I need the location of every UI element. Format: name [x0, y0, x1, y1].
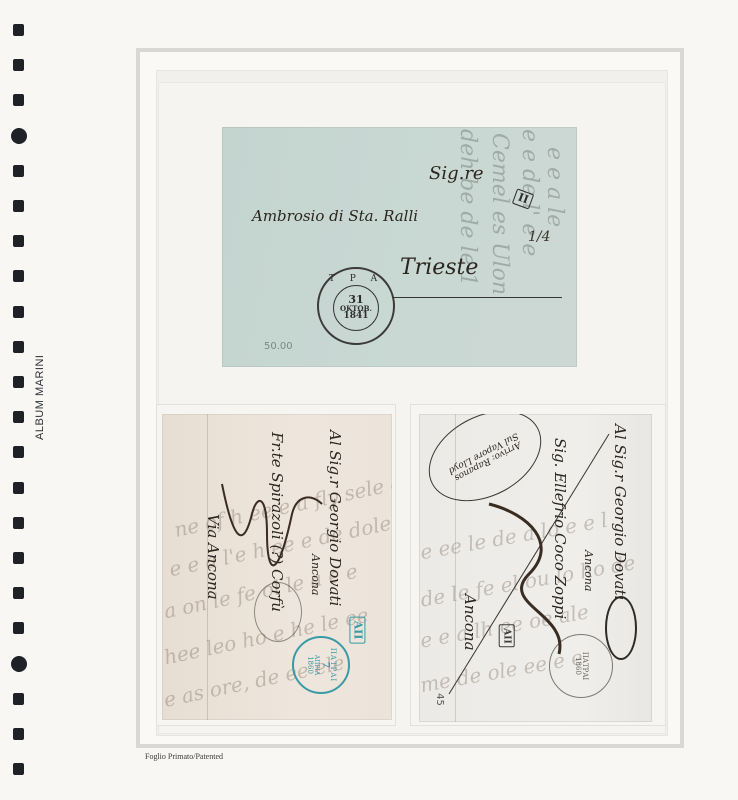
- rate-note: 1/4: [528, 229, 551, 245]
- binder-hole-square: [13, 552, 24, 564]
- binder-hole-square: [13, 482, 24, 494]
- binder-hole-round: [11, 128, 27, 144]
- binder-hole-square: [13, 411, 24, 423]
- binder-hole-square: [13, 517, 24, 529]
- address-city: Trieste: [400, 255, 478, 280]
- album-label: ALBUM MARINI: [34, 355, 46, 440]
- postmark-patrai: ΠΑΤΡΑΙ 7 ΑΠΡΙΛ 1860: [292, 636, 350, 694]
- binder-hole-square: [13, 693, 24, 705]
- pencil-note: 45: [434, 693, 445, 706]
- binder-hole-square: [13, 165, 24, 177]
- binder-hole-square: [13, 59, 24, 71]
- postmark-office: T P A: [329, 275, 383, 284]
- binder-hole-square: [13, 622, 24, 634]
- binder-hole-square: [13, 24, 24, 36]
- binder-hole-square: [13, 341, 24, 353]
- cover-top[interactable]: deh be de le 1 Cemel es Ulon e e de l' e…: [222, 127, 577, 367]
- address-name: Ambrosio di Sta. Ralli: [252, 207, 418, 225]
- postmark-office: ΠΑΤΡΑΙ: [329, 648, 336, 682]
- box-mark: AII: [499, 624, 515, 647]
- underline-stroke: [392, 297, 562, 298]
- binder-hole-square: [13, 200, 24, 212]
- postmark-year: 1841: [343, 312, 368, 321]
- postmark-office: ΠΑΤΡΑΙ: [581, 652, 588, 680]
- postmark-day: 7: [319, 662, 328, 668]
- binder-hole-square: [13, 94, 24, 106]
- pencil-note: 50.00: [264, 341, 293, 352]
- binder-hole-round: [11, 656, 27, 672]
- postmark-month: ΑΠΡΙΛ: [313, 655, 319, 675]
- cover-bottom-left[interactable]: ne of h ee e a fly sele a e e a l'e h ee…: [162, 414, 392, 720]
- postmark-year: 1860: [574, 657, 581, 675]
- postmark-patrai: ΠΑΤΡΑΙ 1860: [549, 634, 613, 698]
- binder-hole-square: [13, 587, 24, 599]
- binder-hole-square: [13, 376, 24, 388]
- binder-hole-square: [13, 446, 24, 458]
- binder-hole-square: [13, 763, 24, 775]
- binder-hole-square: [13, 728, 24, 740]
- binder-holes: [13, 0, 27, 800]
- cover-bottom-right[interactable]: e ee le de a lo e e l de le fe el ou lo …: [419, 414, 652, 722]
- binder-hole-square: [13, 270, 24, 282]
- binder-hole-square: [13, 235, 24, 247]
- address-salutation: Sig.re: [429, 163, 484, 184]
- handwritten-stroke: [212, 474, 332, 594]
- postmark-tpa: T P A 31 OKTΩB. 1841: [317, 267, 395, 345]
- oval-cancel: [254, 582, 302, 642]
- footer-patent-text: Foglio Primato/Patented: [145, 752, 223, 761]
- box-mark: AII: [349, 617, 365, 644]
- binder-hole-square: [13, 306, 24, 318]
- handwritten-strokes: [419, 414, 652, 722]
- oval-cancel: [605, 596, 637, 660]
- postmark-year: 1860: [306, 656, 313, 674]
